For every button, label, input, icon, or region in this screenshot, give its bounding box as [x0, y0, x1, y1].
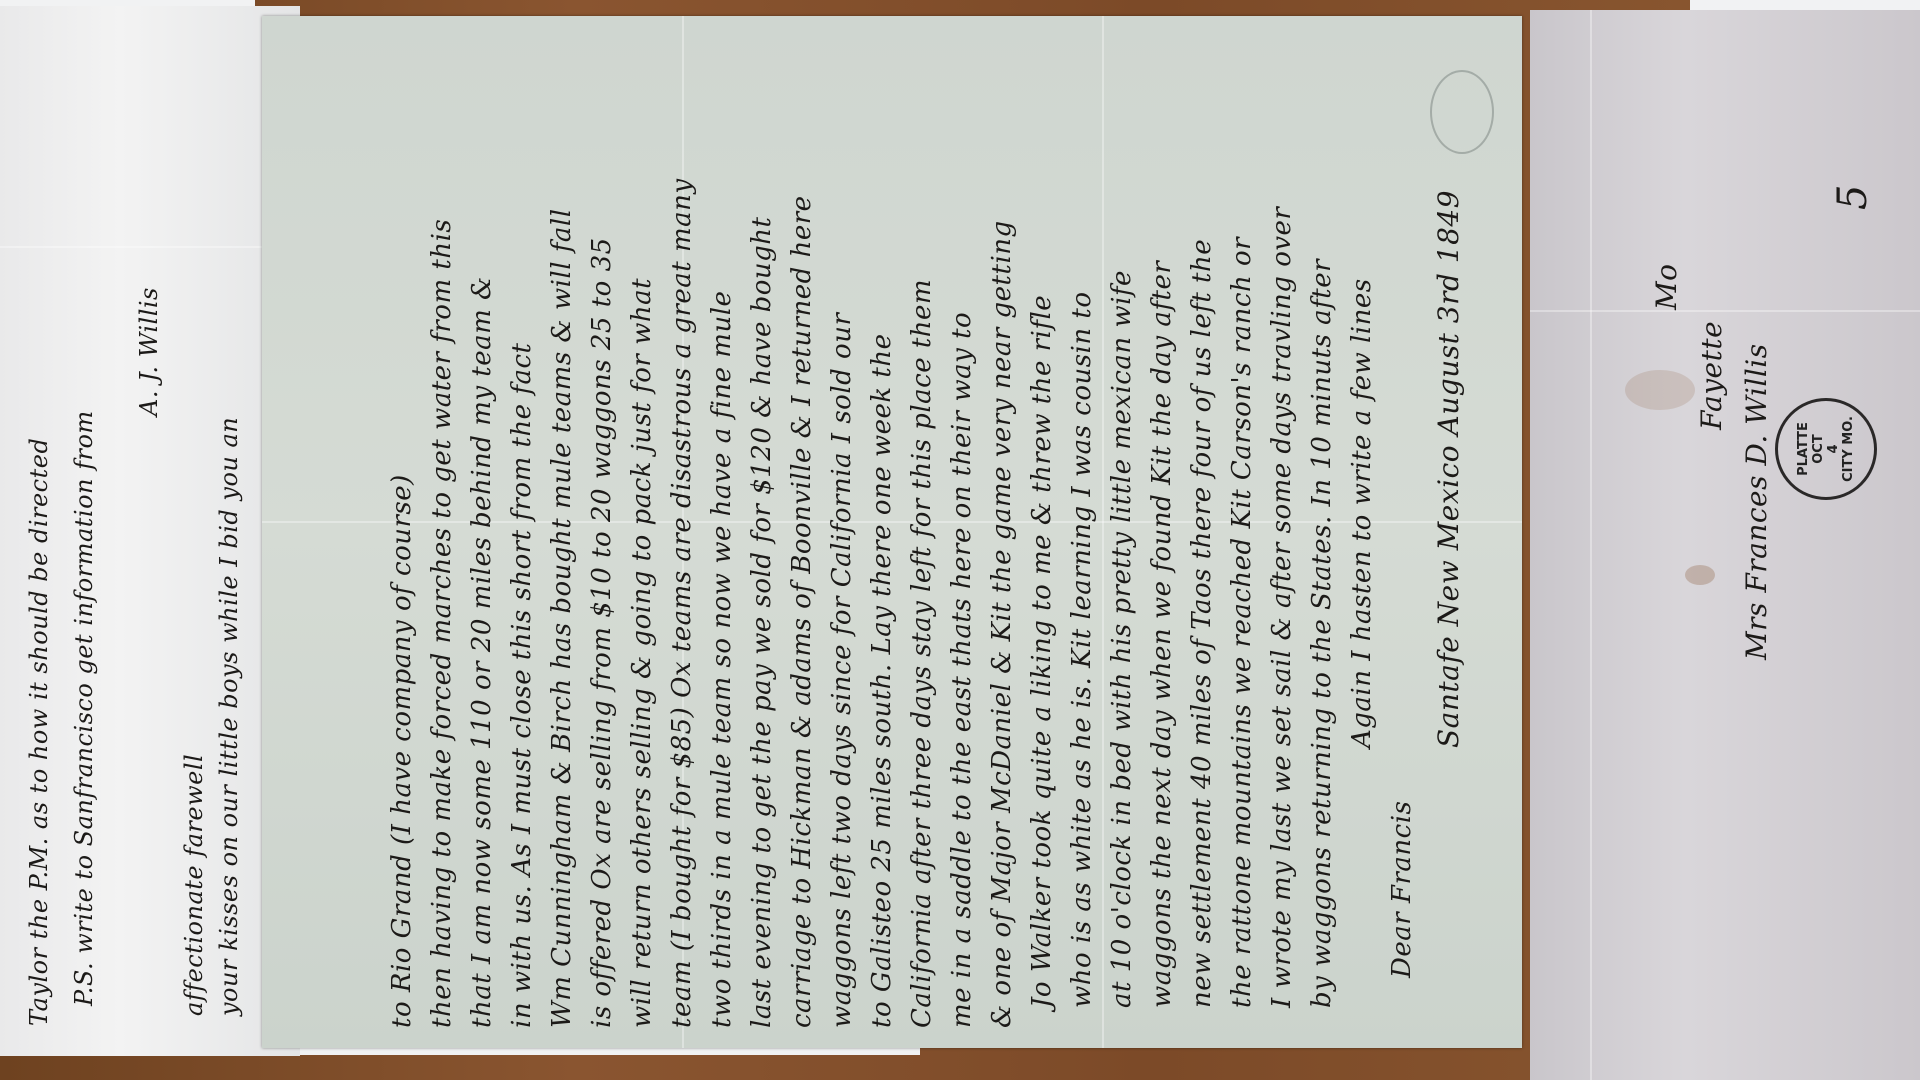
letter-line: at 10 o'clock in bed with his pretty lit…: [1107, 270, 1137, 1008]
letter-line: last evening to get the pay we sold for …: [747, 216, 777, 1028]
letter-line: waggons the next day when we found Kit t…: [1147, 261, 1177, 1008]
letter-line: Wm Cunningham & Birch has bought mule te…: [547, 208, 577, 1028]
closing-sheet: your kisses on our little boys while I b…: [0, 6, 300, 1056]
letter-line: is offered Ox are selling from $10 to 20…: [587, 237, 617, 1028]
letter-line: I wrote my last we set sail & after some…: [1267, 207, 1297, 1008]
letter-line: to Rio Grand (I have company of course): [387, 474, 417, 1028]
letter-line: carriage to Hickman & adams of Boonville…: [787, 195, 817, 1028]
letter-line: & one of Major McDaniel & Kit the game v…: [987, 220, 1017, 1028]
envelope-address-name: Mrs Frances D. Willis: [1740, 343, 1773, 660]
letter-line: new settlement 40 miles of Taos there fo…: [1187, 239, 1217, 1008]
closing-line: your kisses on our little boys while I b…: [215, 417, 243, 1016]
postage-rate: 5: [1830, 184, 1876, 210]
signature: A. J. Willis: [135, 287, 163, 416]
postmark-state: CITY MO.: [1841, 416, 1856, 482]
postmark-month: OCT: [1811, 416, 1826, 482]
letter-line: waggons left two days since for Californ…: [827, 313, 857, 1028]
postscript-line: Taylor the P.M. as to how it should be d…: [25, 438, 53, 1026]
envelope-address-city: Fayette: [1695, 321, 1728, 430]
letter-line: will return others selling & going to pa…: [627, 278, 657, 1028]
embossed-seal: [1430, 70, 1494, 154]
letter-line: then having to make forced marches to ge…: [427, 219, 457, 1028]
letter-line: team (I bought for $85) Ox teams are dis…: [667, 178, 697, 1028]
postmark-town: PLATTE: [1796, 416, 1811, 482]
postmark-stamp: PLATTE OCT 4 CITY MO.: [1775, 398, 1877, 500]
letter-line: in with us. As I must close this short f…: [507, 343, 537, 1028]
postmark-day: 4: [1826, 416, 1841, 482]
envelope-address-state: Mo: [1650, 263, 1683, 310]
letter-line: two thirds in a mule team so now we have…: [707, 291, 737, 1028]
letter-line: who is as white as he is. Kit learning I…: [1067, 292, 1097, 1008]
letter-sheet: Santafe New Mexico August 3rd 1849 Dear …: [262, 16, 1522, 1048]
letter-line: the rattone mountains we reached Kit Car…: [1227, 237, 1257, 1008]
letter-line: that I am now some 110 or 20 miles behin…: [467, 276, 497, 1028]
letter-line: me in a saddle to the east thats here on…: [947, 312, 977, 1028]
closing-line: affectionate farewell: [180, 754, 208, 1016]
salutation: Dear Francis: [1387, 801, 1417, 978]
letter-line: by waggons returning to the States. In 1…: [1307, 259, 1337, 1008]
envelope: Mrs Frances D. Willis Fayette Mo 5: [1530, 10, 1920, 1080]
letter-line: to Galisteo 25 miles south. Lay there on…: [867, 333, 897, 1028]
letter-line: Jo Walker took quite a liking to me & th…: [1027, 295, 1057, 1008]
postscript-line: P.S. write to Sanfrancisco get informati…: [70, 410, 98, 1006]
letter-heading: Santafe New Mexico August 3rd 1849: [1432, 190, 1465, 748]
letter-line: Again I hasten to write a few lines: [1347, 278, 1377, 748]
letter-line: California after three days stay left fo…: [907, 279, 937, 1028]
